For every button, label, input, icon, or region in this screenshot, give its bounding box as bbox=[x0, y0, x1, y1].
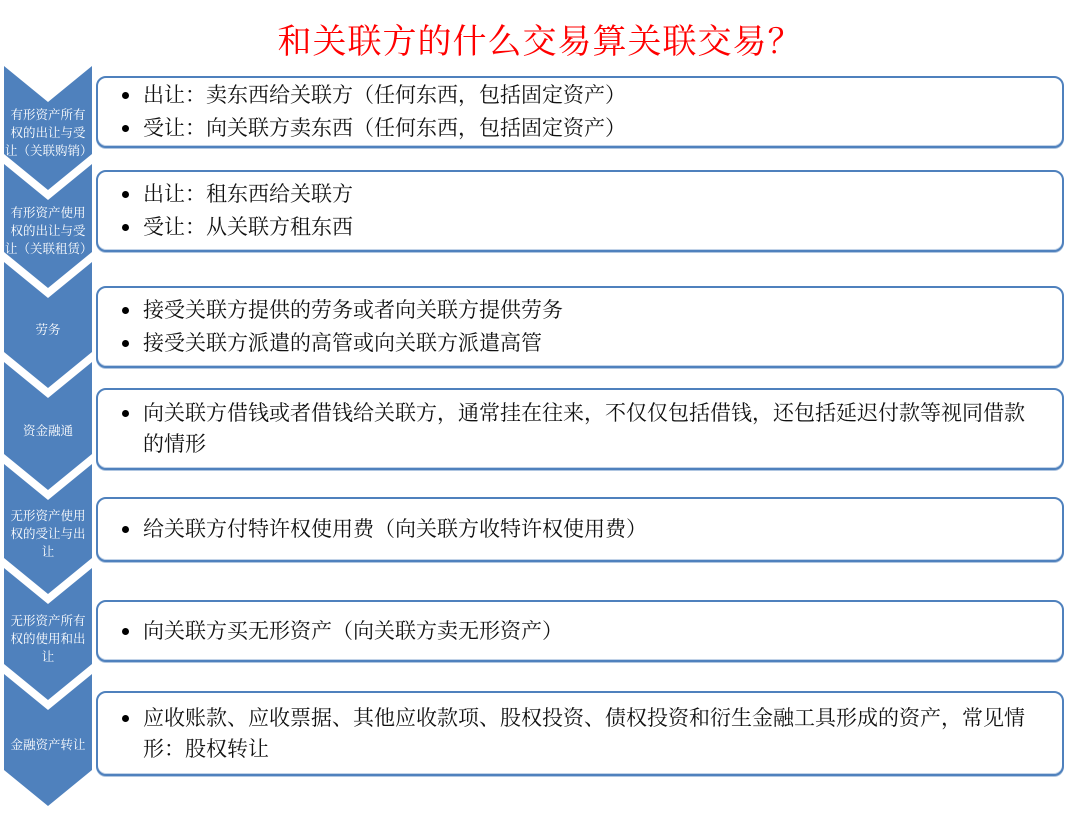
content-box-row-1: 出让：卖东西给关联方（任何东西，包括固定资产）受让：向关联方卖东西（任何东西，包… bbox=[96, 76, 1064, 148]
list-item: 受让：向关联方卖东西（任何东西，包括固定资产） bbox=[112, 113, 1042, 144]
bullet-list: 出让：租东西给关联方受让：从关联方租东西 bbox=[112, 177, 1042, 245]
item-text: 接受关联方派遣的高管或向关联方派遣高管 bbox=[143, 328, 1042, 359]
related-party-transactions-diagram: 有形资产所有权的出让与受让（关联购销） 有形资产使用权的出让与受让（关联租赁） … bbox=[0, 0, 1080, 814]
bullet-dot-icon bbox=[122, 340, 129, 347]
bullet-list: 出让：卖东西给关联方（任何东西，包括固定资产）受让：向关联方卖东西（任何东西，包… bbox=[112, 78, 1042, 146]
item-text: 受让：向关联方卖东西（任何东西，包括固定资产） bbox=[143, 113, 1042, 144]
content-boxes: 出让：卖东西给关联方（任何东西，包括固定资产）受让：向关联方卖东西（任何东西，包… bbox=[0, 0, 1080, 814]
item-text: 出让：租东西给关联方 bbox=[143, 179, 1042, 210]
slide-canvas: 和关联方的什么交易算关联交易？ 有形资产所有权的出让与受让（关联购销） 有形资产… bbox=[0, 0, 1080, 814]
list-item: 向关联方买无形资产（向关联方卖无形资产） bbox=[112, 616, 1042, 647]
list-item: 接受关联方派遣的高管或向关联方派遣高管 bbox=[112, 328, 1042, 359]
item-text: 接受关联方提供的劳务或者向关联方提供劳务 bbox=[143, 295, 1042, 326]
bullet-list: 向关联方买无形资产（向关联方卖无形资产） bbox=[112, 614, 1042, 649]
bullet-list: 接受关联方提供的劳务或者向关联方提供劳务接受关联方派遣的高管或向关联方派遣高管 bbox=[112, 293, 1042, 361]
bullet-dot-icon bbox=[122, 307, 129, 314]
bullet-list: 给关联方付特许权使用费（向关联方收特许权使用费） bbox=[112, 512, 1042, 547]
bullet-dot-icon bbox=[122, 410, 129, 417]
content-box-row-7: 应收账款、应收票据、其他应收款项、股权投资、债权投资和衍生金融工具形成的资产，常… bbox=[96, 691, 1064, 776]
content-box-row-2: 出让：租东西给关联方受让：从关联方租东西 bbox=[96, 170, 1064, 252]
bullet-list: 应收账款、应收票据、其他应收款项、股权投资、债权投资和衍生金融工具形成的资产，常… bbox=[112, 701, 1042, 767]
bullet-dot-icon bbox=[122, 92, 129, 99]
bullet-dot-icon bbox=[122, 628, 129, 635]
list-item: 受让：从关联方租东西 bbox=[112, 212, 1042, 243]
item-text: 应收账款、应收票据、其他应收款项、股权投资、债权投资和衍生金融工具形成的资产，常… bbox=[143, 703, 1042, 765]
list-item: 给关联方付特许权使用费（向关联方收特许权使用费） bbox=[112, 514, 1042, 545]
content-box-row-4: 向关联方借钱或者借钱给关联方，通常挂在往来，不仅仅包括借钱，还包括延迟付款等视同… bbox=[96, 388, 1064, 470]
list-item: 向关联方借钱或者借钱给关联方，通常挂在往来，不仅仅包括借钱，还包括延迟付款等视同… bbox=[112, 398, 1042, 460]
bullet-dot-icon bbox=[122, 224, 129, 231]
content-box-row-5: 给关联方付特许权使用费（向关联方收特许权使用费） bbox=[96, 497, 1064, 562]
list-item: 接受关联方提供的劳务或者向关联方提供劳务 bbox=[112, 295, 1042, 326]
list-item: 出让：租东西给关联方 bbox=[112, 179, 1042, 210]
bullet-dot-icon bbox=[122, 715, 129, 722]
item-text: 向关联方借钱或者借钱给关联方，通常挂在往来，不仅仅包括借钱，还包括延迟付款等视同… bbox=[143, 398, 1042, 460]
bullet-dot-icon bbox=[122, 125, 129, 132]
bullet-dot-icon bbox=[122, 191, 129, 198]
content-box-row-6: 向关联方买无形资产（向关联方卖无形资产） bbox=[96, 600, 1064, 662]
content-box-row-3: 接受关联方提供的劳务或者向关联方提供劳务接受关联方派遣的高管或向关联方派遣高管 bbox=[96, 286, 1064, 368]
list-item: 应收账款、应收票据、其他应收款项、股权投资、债权投资和衍生金融工具形成的资产，常… bbox=[112, 703, 1042, 765]
list-item: 出让：卖东西给关联方（任何东西，包括固定资产） bbox=[112, 80, 1042, 111]
item-text: 给关联方付特许权使用费（向关联方收特许权使用费） bbox=[143, 514, 1042, 545]
bullet-dot-icon bbox=[122, 526, 129, 533]
item-text: 出让：卖东西给关联方（任何东西，包括固定资产） bbox=[143, 80, 1042, 111]
item-text: 受让：从关联方租东西 bbox=[143, 212, 1042, 243]
bullet-list: 向关联方借钱或者借钱给关联方，通常挂在往来，不仅仅包括借钱，还包括延迟付款等视同… bbox=[112, 396, 1042, 462]
item-text: 向关联方买无形资产（向关联方卖无形资产） bbox=[143, 616, 1042, 647]
